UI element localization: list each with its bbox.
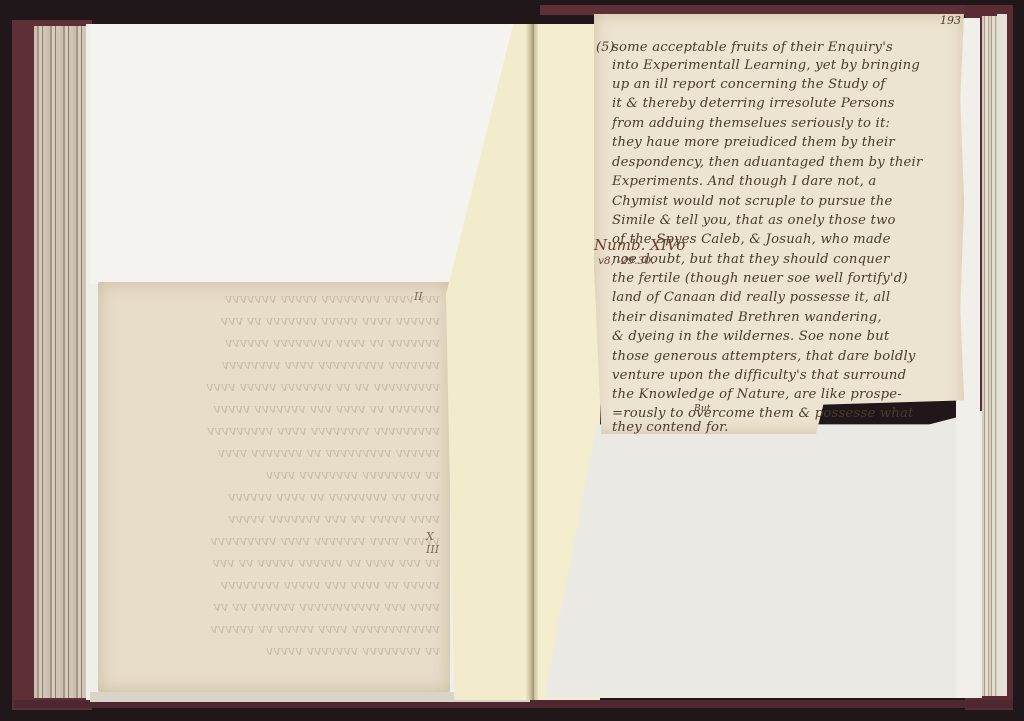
margin-note-line2: v8, -29.30. [598, 255, 654, 267]
manuscript-line: land of Canaan did really possesse it, a… [612, 290, 890, 305]
manuscript-line: those generous attempters, that dare bol… [612, 349, 916, 364]
manuscript-line: they contend for. [612, 420, 729, 435]
interlinear-insertion: But [694, 404, 711, 414]
right-endpaper-edge [997, 14, 1007, 696]
manuscript-line: =rously to overcome them & possesse what [612, 406, 914, 421]
manuscript-line: the fertile (though neuer soe well forti… [612, 271, 908, 286]
left-margin-mark-2: X III [426, 530, 450, 556]
manuscript-line: & dyeing in the wildernes. Soe none but [612, 329, 889, 344]
manuscript-line: the Knowledge of Nature, are like prospe… [612, 387, 902, 402]
manuscript-line: despondency, then aduantaged them by the… [612, 155, 922, 170]
margin-note-line1: Numb. XIVo [594, 236, 685, 254]
manuscript-line: venture upon the difficulty's that surro… [612, 368, 906, 383]
page-edges-left [34, 26, 89, 698]
manuscript-line: Experiments. And though I dare not, a [612, 174, 876, 189]
left-margin-mark-1: II [414, 290, 423, 303]
manuscript-line: some acceptable fruits of their Enquiry'… [612, 40, 893, 55]
manuscript-line: Chymist would not scruple to pursue the [612, 194, 892, 209]
left-blank-area [90, 24, 520, 284]
left-manuscript-sheet: vvv vvvv vvvvvvvv vvvvv vvvvvvv vvvvvv v… [98, 282, 450, 692]
manuscript-line: they haue more preiudiced them by their [612, 135, 895, 150]
manuscript-line: it & thereby deterring irresolute Person… [612, 96, 895, 111]
manuscript-line: Simile & tell you, that as onely those t… [612, 213, 896, 228]
folio-number: 193 [940, 14, 961, 27]
manuscript-line: from adduing themselues seriously to it: [612, 116, 890, 131]
manuscript-line: up an ill report concerning the Study of [612, 77, 885, 92]
manuscript-line: their disanimated Brethren wandering, [612, 310, 882, 325]
manuscript-line: into Experimentall Learning, yet by brin… [612, 58, 920, 73]
page-edges-right [982, 16, 998, 696]
